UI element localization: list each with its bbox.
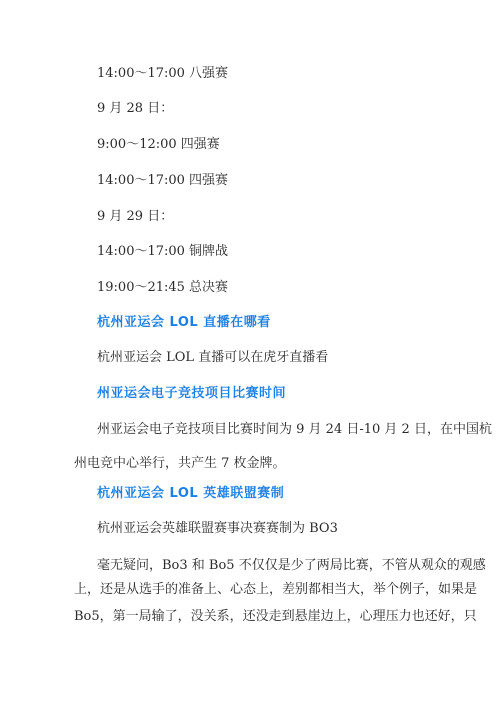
section-heading: 杭州亚运会 LOL 英雄联盟赛制	[97, 486, 284, 502]
schedule-line: 19:00～21:45 总决赛	[97, 280, 228, 296]
paragraph-line: Bo5，第一局输了，没关系，还没走到悬崖边上，心理压力也还好，只	[74, 609, 477, 625]
schedule-line: 9:00～12:00 四强赛	[97, 137, 220, 153]
section-heading: 杭州亚运会 LOL 直播在哪看	[97, 315, 271, 331]
schedule-date: 9 月 28 日：	[97, 101, 173, 117]
schedule-line: 14:00～17:00 四强赛	[97, 173, 228, 189]
schedule-date: 9 月 29 日：	[97, 209, 173, 225]
section-body: 杭州亚运会英雄联盟赛事决赛赛制为 BO3	[97, 521, 338, 537]
paragraph-line: 毫无疑问，Bo3 和 Bo5 不仅仅是少了两局比赛，不管从观众的观感	[97, 558, 486, 574]
section-body-line: 州亚运会电子竞技项目比赛时间为 9 月 24 日-10 月 2 日，在中国杭	[97, 422, 492, 438]
schedule-line: 14:00～17:00 八强赛	[97, 66, 228, 82]
schedule-line: 14:00～17:00 铜牌战	[97, 244, 228, 260]
section-body-line: 州电竞中心举行，共产生 7 枚金牌。	[74, 456, 286, 472]
paragraph-line: 上，还是从选手的准备上、心态上，差别都相当大，举个例子，如果是	[74, 582, 477, 598]
section-body: 杭州亚运会 LOL 直播可以在虎牙直播看	[97, 350, 328, 366]
section-heading: 州亚运会电子竞技项目比赛时间	[97, 386, 286, 402]
